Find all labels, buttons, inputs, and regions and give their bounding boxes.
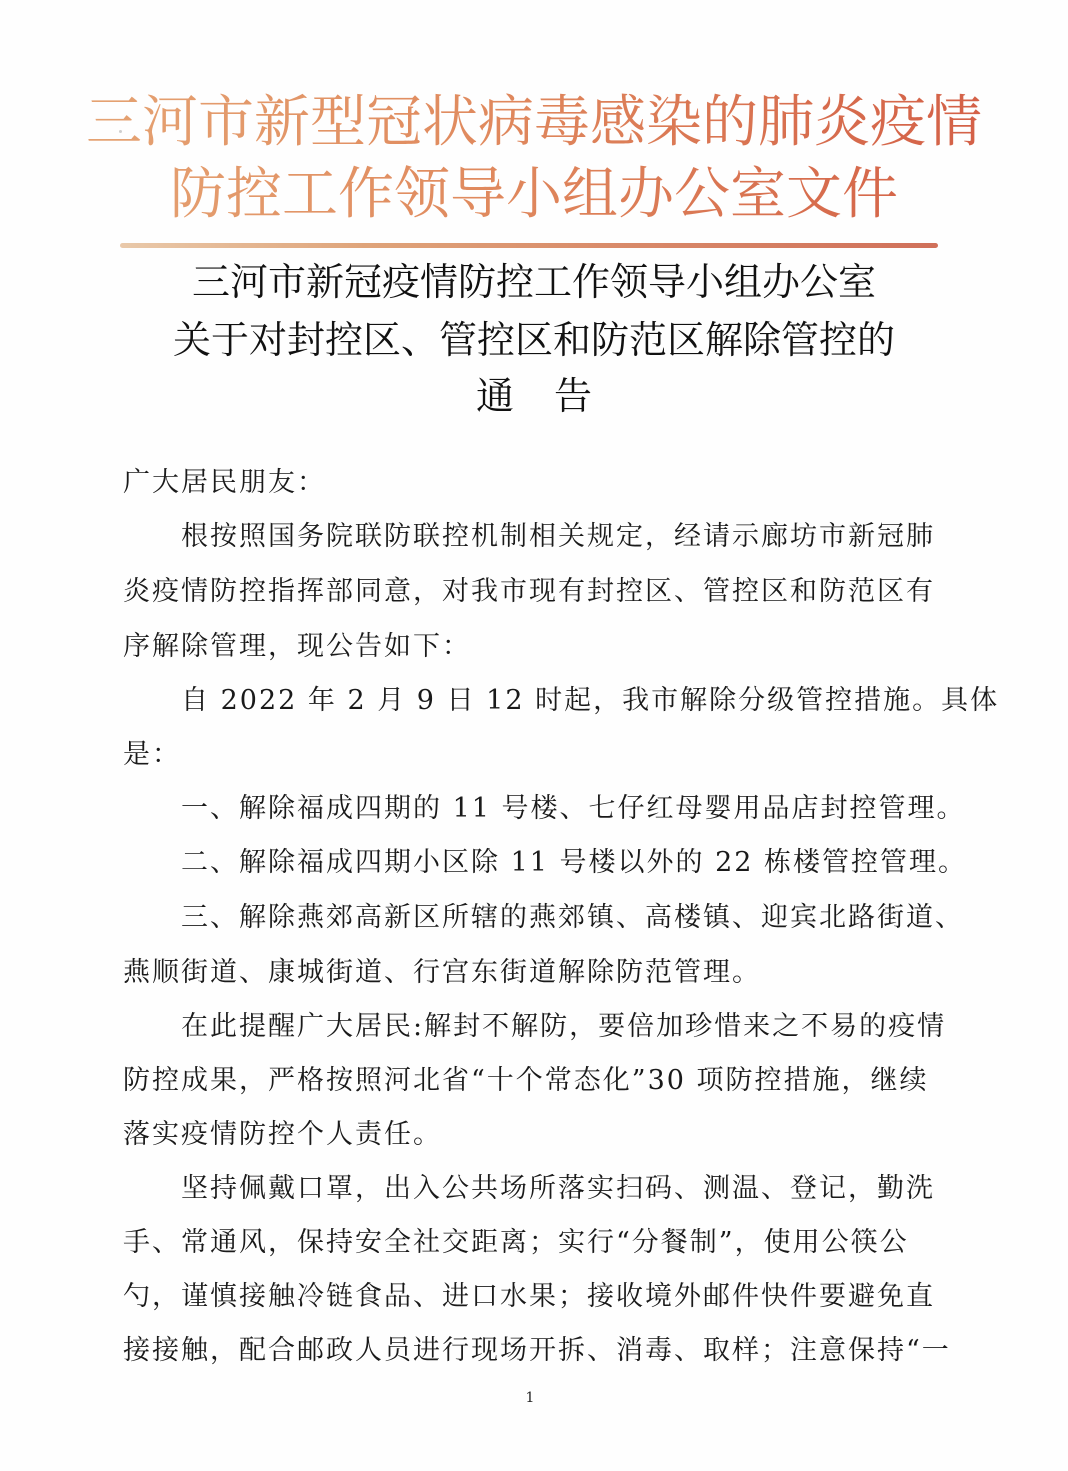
list-item-3: 三、解除燕郊高新区所辖的燕郊镇、高楼镇、迎宾北路街道、 [181, 901, 1001, 935]
body-line: 落实疫情防控个人责任。 [123, 1118, 943, 1152]
body-line: 坚持佩戴口罩，出入公共场所落实扫码、测温、登记，勤洗 [181, 1172, 1001, 1206]
body-line: 序解除管理，现公告如下： [123, 630, 943, 664]
body-line: 在此提醒广大居民:解封不解防，要倍加珍惜来之不易的疫情 [181, 1010, 1001, 1044]
body-line: 勺，谨慎接触冷链食品、进口水果；接收境外邮件快件要避免直 [123, 1280, 943, 1314]
body-line: 炎疫情防控指挥部同意，对我市现有封控区、管控区和防范区有 [123, 575, 943, 609]
title-char-gao: 告 [554, 374, 592, 418]
letterhead-line-2: 防控工作领导小组办公室文件 [0, 160, 1068, 230]
document-title-line-3: 通告 [0, 372, 1068, 420]
letterhead-line-1: 三河市新型冠状病毒感染的肺炎疫情 [0, 88, 1068, 158]
salutation: 广大居民朋友： [123, 466, 943, 500]
document-title-line-2: 关于对封控区、管控区和防范区解除管控的 [0, 316, 1068, 364]
body-line: 防控成果，严格按照河北省“十个常态化”30 项防控措施，继续 [123, 1064, 943, 1098]
title-char-tong: 通 [476, 374, 514, 418]
letterhead-red-rule [120, 243, 938, 248]
document-title-line-1: 三河市新冠疫情防控工作领导小组办公室 [0, 258, 1068, 306]
list-item-1: 一、解除福成四期的 11 号楼、七仔红母婴用品店封控管理。 [181, 792, 1001, 826]
list-item-2: 二、解除福成四期小区除 11 号楼以外的 22 栋楼管控管理。 [181, 846, 1001, 880]
body-line: 手、常通风，保持安全社交距离；实行“分餐制”，使用公筷公 [123, 1226, 943, 1260]
document-page: 三河市新型冠状病毒感染的肺炎疫情 防控工作领导小组办公室文件 三河市新冠疫情防控… [0, 0, 1068, 1471]
body-line: 接接触，配合邮政人员进行现场开拆、消毒、取样；注意保持“一 [123, 1334, 943, 1368]
body-line: 根按照国务院联防联控机制相关规定，经请示廊坊市新冠肺 [181, 520, 1001, 554]
page-number: 1 [520, 1390, 540, 1406]
body-line: 燕顺街道、康城街道、行宫东街道解除防范管理。 [123, 956, 943, 990]
body-line: 自 2022 年 2 月 9 日 12 时起，我市解除分级管控措施。具体 [181, 684, 1001, 718]
body-line: 是： [123, 738, 943, 772]
